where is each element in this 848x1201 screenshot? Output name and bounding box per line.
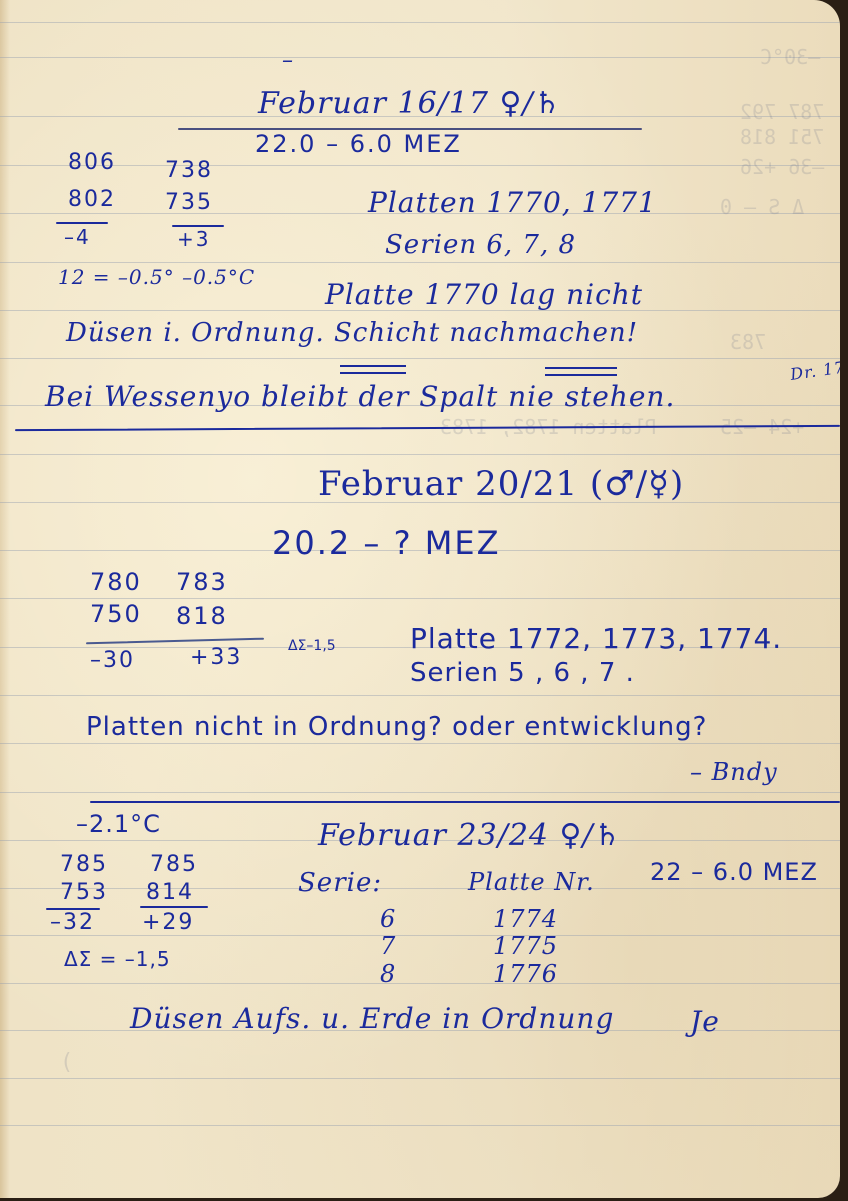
entry2-delta: ΔΣ–1,5 <box>288 638 336 654</box>
calc-a2: 802 <box>68 187 116 212</box>
entry1-note-3: Bei Wessenyo bleibt der Spalt nie stehen… <box>45 380 675 413</box>
entry-divider <box>15 425 840 431</box>
calc-b-result: +29 <box>142 910 194 935</box>
entry3-signature: Je <box>690 1005 720 1038</box>
entry1-note-1: Platte 1770 lag nicht <box>325 278 643 311</box>
entry2-plates: Platte 1772, 1773, 1774. <box>410 622 782 655</box>
bleed-through-text: –36 +26 <box>740 155 824 179</box>
calc-a1: 785 <box>60 852 108 877</box>
ruled-line <box>0 262 840 263</box>
notebook-page: –30°C 787 792 751 818 –36 +26 Δ S – 0 +2… <box>0 0 840 1198</box>
ruled-line <box>0 22 840 23</box>
serie-column-header: Serie: <box>298 868 382 898</box>
entry3-note: Düsen Aufs. u. Erde in Ordnung <box>130 1002 614 1035</box>
entry1-temperature: 12 = –0.5° –0.5°C <box>58 265 255 289</box>
calc-a2: 753 <box>60 880 108 905</box>
serie-cell: 6 <box>380 905 396 933</box>
entry1-note-2: Düsen i. Ordnung. Schicht nachmachen! <box>66 318 638 348</box>
calc-a1: 780 <box>90 568 142 596</box>
calc-b1: 783 <box>176 568 228 596</box>
double-underline <box>545 367 617 376</box>
calc-b1: 785 <box>150 852 198 877</box>
entry-divider <box>90 801 840 803</box>
ruled-line <box>0 1078 840 1079</box>
entry2-time: 20.2 – ? MEZ <box>272 524 501 562</box>
ruled-line <box>0 57 840 58</box>
calc-line <box>86 638 264 644</box>
platte-cell: 1776 <box>493 960 558 988</box>
calc-b2: 818 <box>176 602 228 630</box>
entry3-title: Februar 23/24 ♀/♄ <box>318 818 621 853</box>
ruled-line <box>0 1125 840 1126</box>
calc-a-result: –32 <box>50 910 95 935</box>
ruled-line <box>0 935 840 936</box>
serie-cell: 8 <box>380 960 396 988</box>
calc-b2: 814 <box>146 880 194 905</box>
ruled-line <box>0 598 840 599</box>
entry2-series: Serien 5 , 6 , 7 . <box>410 658 635 688</box>
calc-a-line <box>56 222 108 224</box>
entry1-title: Februar 16/17 ♀/♄ <box>258 86 561 121</box>
platte-cell: 1775 <box>493 932 558 960</box>
calc-a1: 806 <box>68 150 116 175</box>
entry1-series: Serien 6, 7, 8 <box>385 230 576 260</box>
bleed-through-text: Δ S – 0 <box>720 195 804 219</box>
calc-b-result: +3 <box>177 227 210 251</box>
bleed-through-text: –30°C <box>760 45 820 69</box>
platte-cell: 1774 <box>493 905 558 933</box>
calc-b-result: +33 <box>190 645 242 670</box>
entry1-time: 22.0 – 6.0 MEZ <box>255 130 462 158</box>
calc-a-result: –4 <box>64 225 91 249</box>
ruled-line <box>0 983 840 984</box>
ruled-line <box>0 888 840 889</box>
entry1-plates: Platten 1770, 1771 <box>368 186 657 219</box>
bleed-through-text: ) <box>60 1050 73 1075</box>
double-underline <box>340 365 406 374</box>
ruled-line <box>0 792 840 793</box>
calc-a2: 750 <box>90 600 142 628</box>
entry3-temperature: –2.1°C <box>76 810 161 838</box>
entry1-signature: Dr. 17/2 <box>789 355 840 384</box>
calc-b1: 738 <box>165 158 213 183</box>
entry2-note: Platten nicht in Ordnung? oder entwicklu… <box>86 712 707 742</box>
ruled-line <box>0 695 840 696</box>
bleed-through-text: 783 <box>730 330 766 354</box>
entry2-signature: – Bndy <box>690 758 778 786</box>
platte-column-header: Platte Nr. <box>468 868 595 896</box>
ruled-line <box>0 358 840 359</box>
entry2-title: Februar 20/21 (♂/☿) <box>318 464 684 504</box>
ruled-line <box>0 165 840 166</box>
calc-a-result: –30 <box>90 648 135 673</box>
calc-b2: 735 <box>165 190 213 215</box>
ruled-line <box>0 454 840 455</box>
serie-cell: 7 <box>380 932 396 960</box>
bleed-through-text: 787 792 <box>740 100 824 124</box>
top-dash: – <box>282 48 294 73</box>
calc-b-line <box>140 906 208 908</box>
bleed-through-text: 751 818 <box>740 125 824 149</box>
entry3-time: 22 – 6.0 MEZ <box>650 858 818 886</box>
ruled-line <box>0 743 840 744</box>
entry3-delta: ΔΣ = –1,5 <box>64 947 171 971</box>
